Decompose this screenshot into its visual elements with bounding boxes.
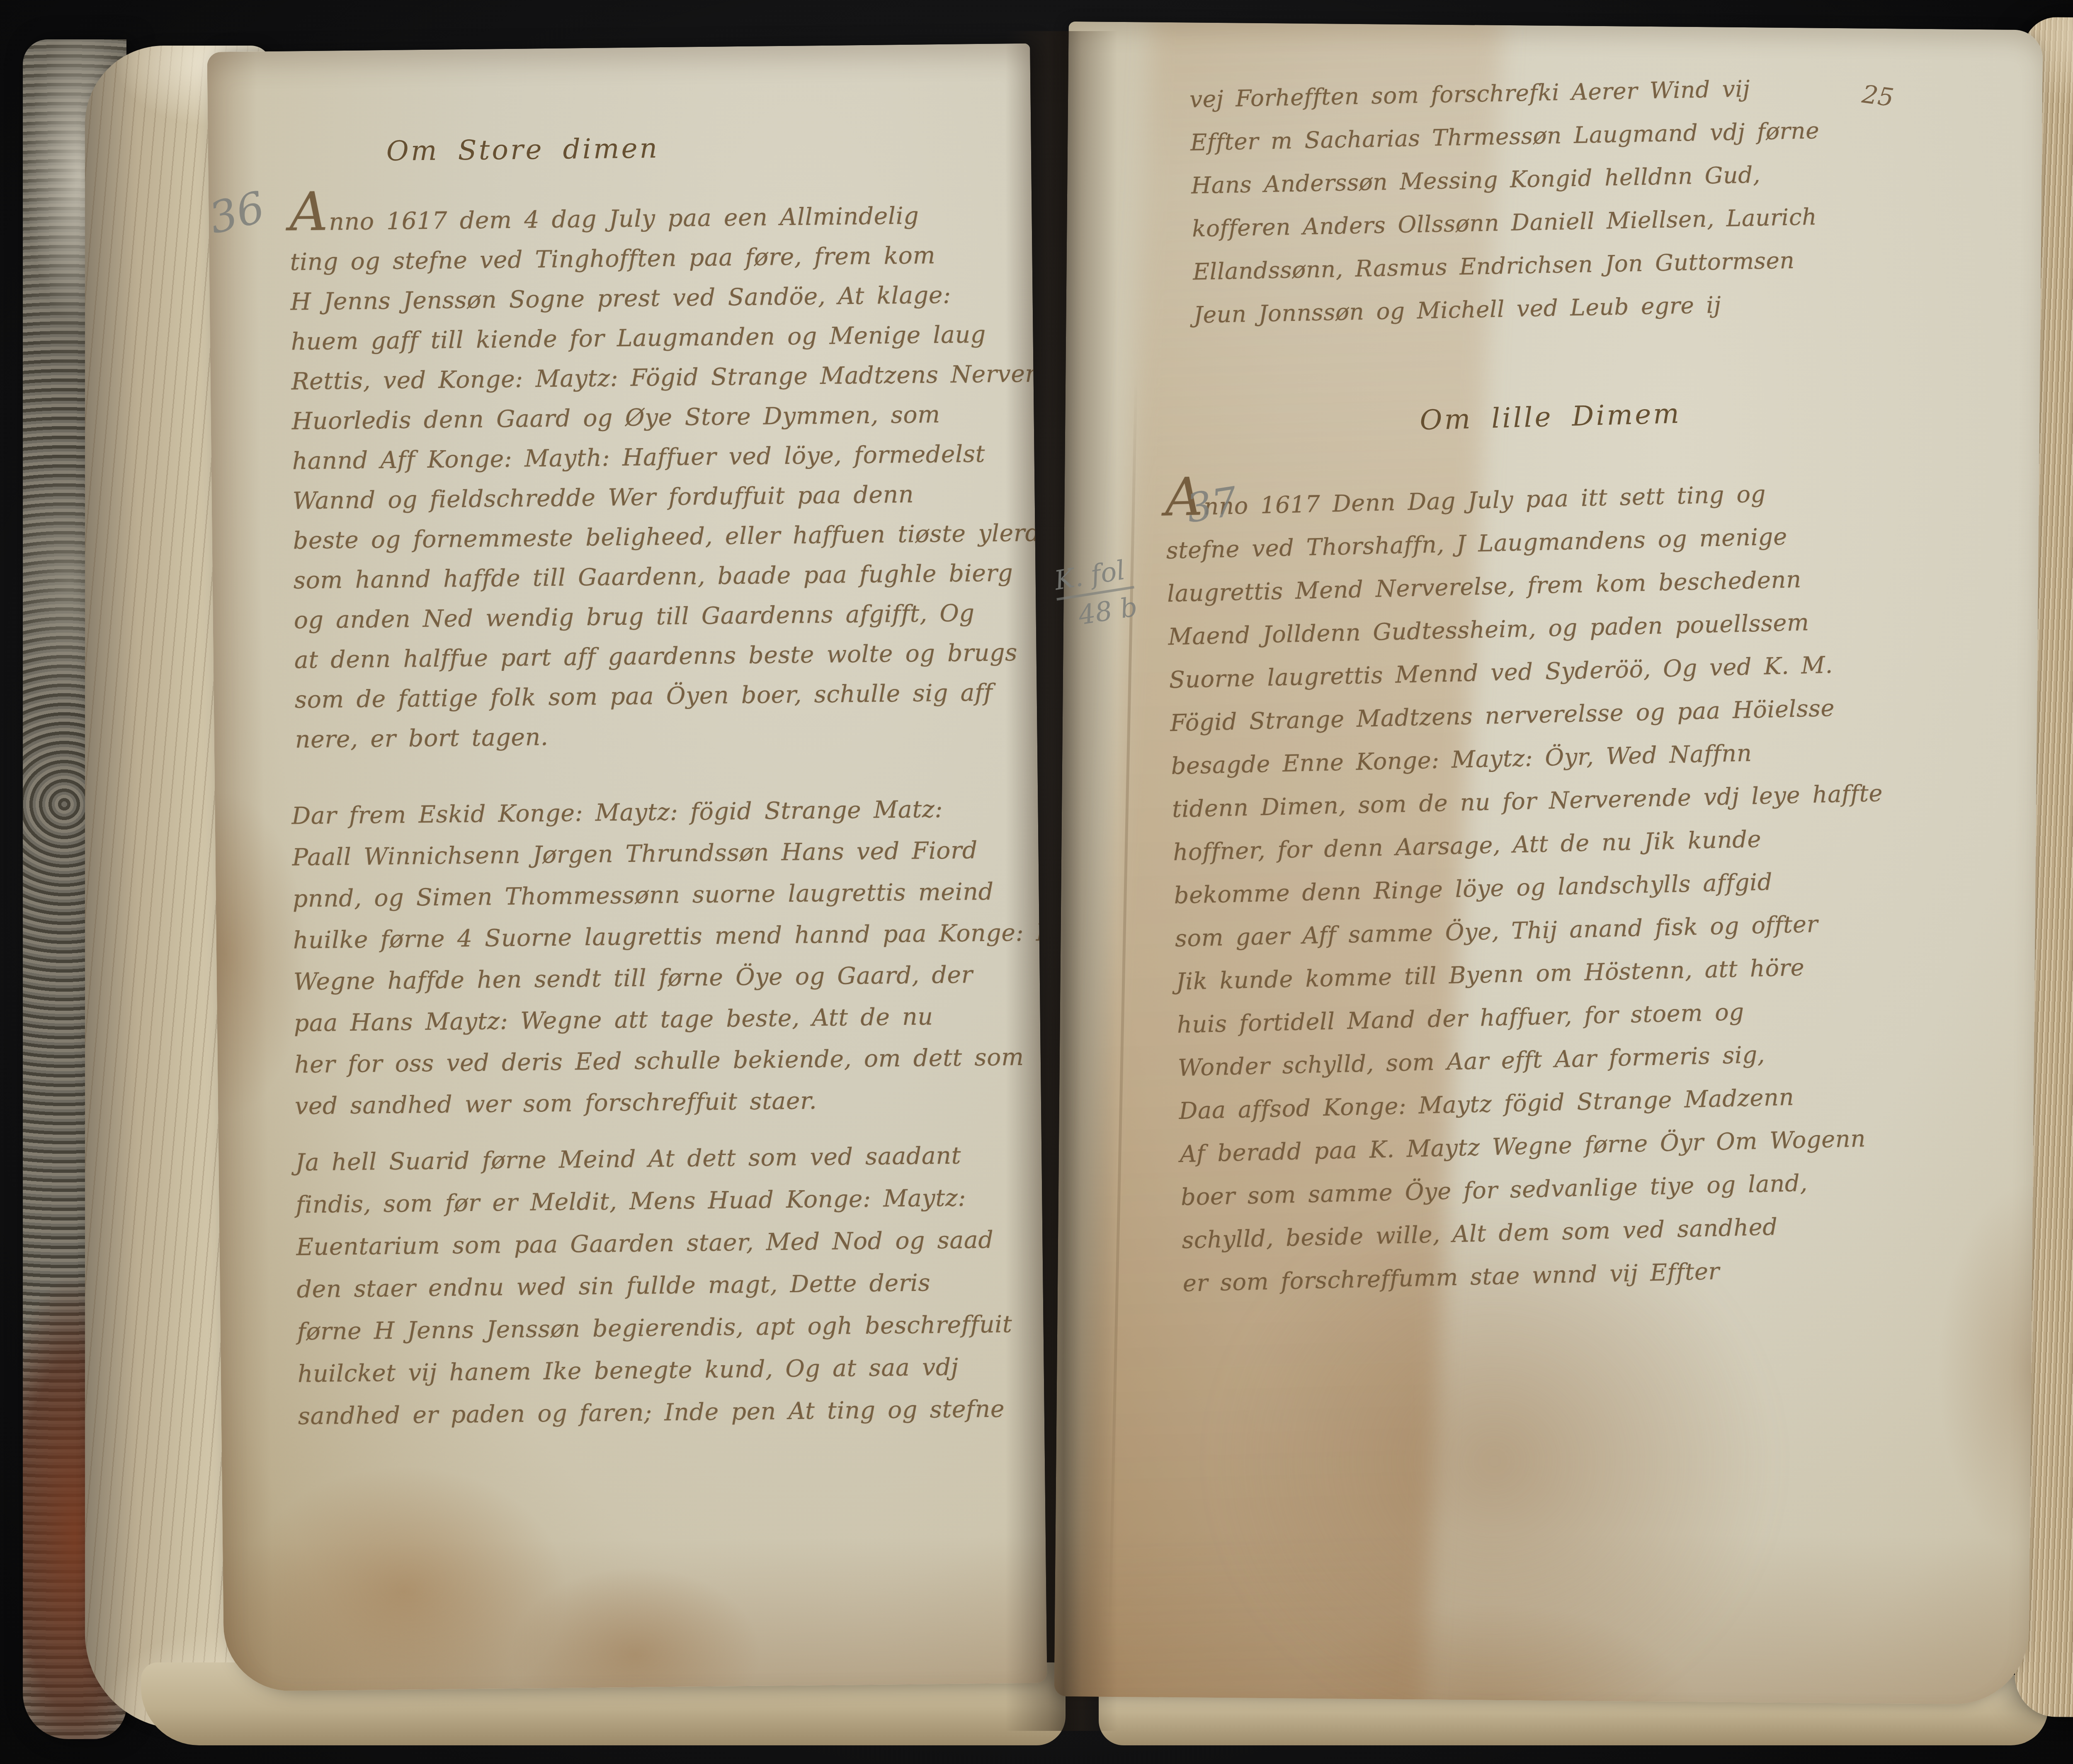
left-paragraph-3: Ja hell Suarid førne Meind At dett som v… <box>295 1134 1013 1437</box>
manuscript-line: Wannd og fieldschredde Wer forduffuit pa… <box>292 473 1047 521</box>
right-page: 25 vej Forhefften som forschrefki Aerer … <box>1054 22 2043 1705</box>
left-paragraph-1: Anno 1617 dem 4 dag July paa een Allmind… <box>289 193 1047 759</box>
margin-number-37: 37 <box>1183 478 1240 532</box>
manuscript-line: sandhed er paden og faren; Inde pen At t… <box>298 1388 1013 1437</box>
manuscript-line: huilcket vij hanem Ike benegte kund, Og … <box>297 1345 1013 1395</box>
manuscript-line: Wegne haffde hen sendt till førne Öye og… <box>293 953 1047 1002</box>
manuscript-line: beste og fornemmeste beligheed, eller ha… <box>293 512 1047 561</box>
manuscript-line: og anden Ned wendig brug till Gaardenns … <box>294 592 1047 640</box>
manuscript-line: den staer endnu wed sin fullde magt, Det… <box>296 1261 1012 1310</box>
manuscript-line: Ja hell Suarid førne Meind At dett som v… <box>295 1134 1011 1184</box>
manuscript-line: Huorledis denn Gaard og Øye Store Dymmen… <box>291 393 1047 441</box>
manuscript-line: Paall Winnichsenn Jørgen Thrundssøn Hans… <box>292 828 1047 878</box>
manuscript-line: pnnd, og Simen Thommessønn suorne laugre… <box>292 870 1047 920</box>
folio-number: 25 <box>1860 80 1896 112</box>
manuscript-line: hannd Aff Konge: Mayth: Haffuer ved löye… <box>292 433 1047 481</box>
manuscript-line: Anno 1617 dem 4 dag July paa een Allmind… <box>289 193 1047 242</box>
right-page-heading: Om lille Dimem <box>1419 398 1681 436</box>
manuscript-line: huilke førne 4 Suorne laugrettis mend ha… <box>293 911 1047 961</box>
left-page: Om Store dimen Anno 1617 dem 4 dag July … <box>207 44 1047 1692</box>
manuscript-line: ting og stefne ved Tinghofften paa føre,… <box>290 234 1047 282</box>
manuscript-line: findis, som før er Meldit, Mens Huad Kon… <box>296 1176 1011 1226</box>
manuscript-line: som hannd haffde till Gaardenn, baade pa… <box>293 552 1047 600</box>
manuscript-line: her for oss ved deris Eed schulle bekien… <box>294 1036 1047 1085</box>
left-page-heading: Om Store dimen <box>386 132 659 167</box>
right-paragraph-main: Anno 1617 Denn Dag July paa itt sett tin… <box>1165 470 1894 1305</box>
manuscript-line: paa Hans Maytz: Wegne att tage beste, At… <box>294 994 1047 1044</box>
manuscript-line: H Jenns Jenssøn Sogne prest ved Sandöe, … <box>290 274 1047 322</box>
manuscript-line: førne H Jenns Jenssøn begierendis, apt o… <box>297 1303 1012 1353</box>
manuscript-line: som de fattige folk som paa Öyen boer, s… <box>294 672 1047 720</box>
manuscript-line: Euentarium som paa Gaarden staer, Med No… <box>296 1218 1012 1268</box>
manuscript-photo: Om Store dimen Anno 1617 dem 4 dag July … <box>0 0 2073 1764</box>
manuscript-line: huem gaff till kiende for Laugmanden og … <box>291 313 1047 362</box>
manuscript-line: at denn halffue part aff gaardenns beste… <box>294 632 1047 680</box>
manuscript-line: Rettis, ved Konge: Maytz: Fögid Strange … <box>291 353 1047 401</box>
manuscript-line: Dar frem Eskid Konge: Maytz: fögid Stran… <box>291 787 1047 837</box>
manuscript-line: ved sandhed wer som forschreffuit staer. <box>294 1077 1047 1127</box>
left-paragraph-2: Dar frem Eskid Konge: Maytz: fögid Stran… <box>291 787 1047 1127</box>
margin-note-folio-reference: K. fol 48 b <box>1051 555 1139 633</box>
right-paragraph-top: vej Forhefften som forschrefki Aerer Win… <box>1189 66 1823 337</box>
manuscript-line: nere, er bort tagen. <box>295 711 1047 759</box>
